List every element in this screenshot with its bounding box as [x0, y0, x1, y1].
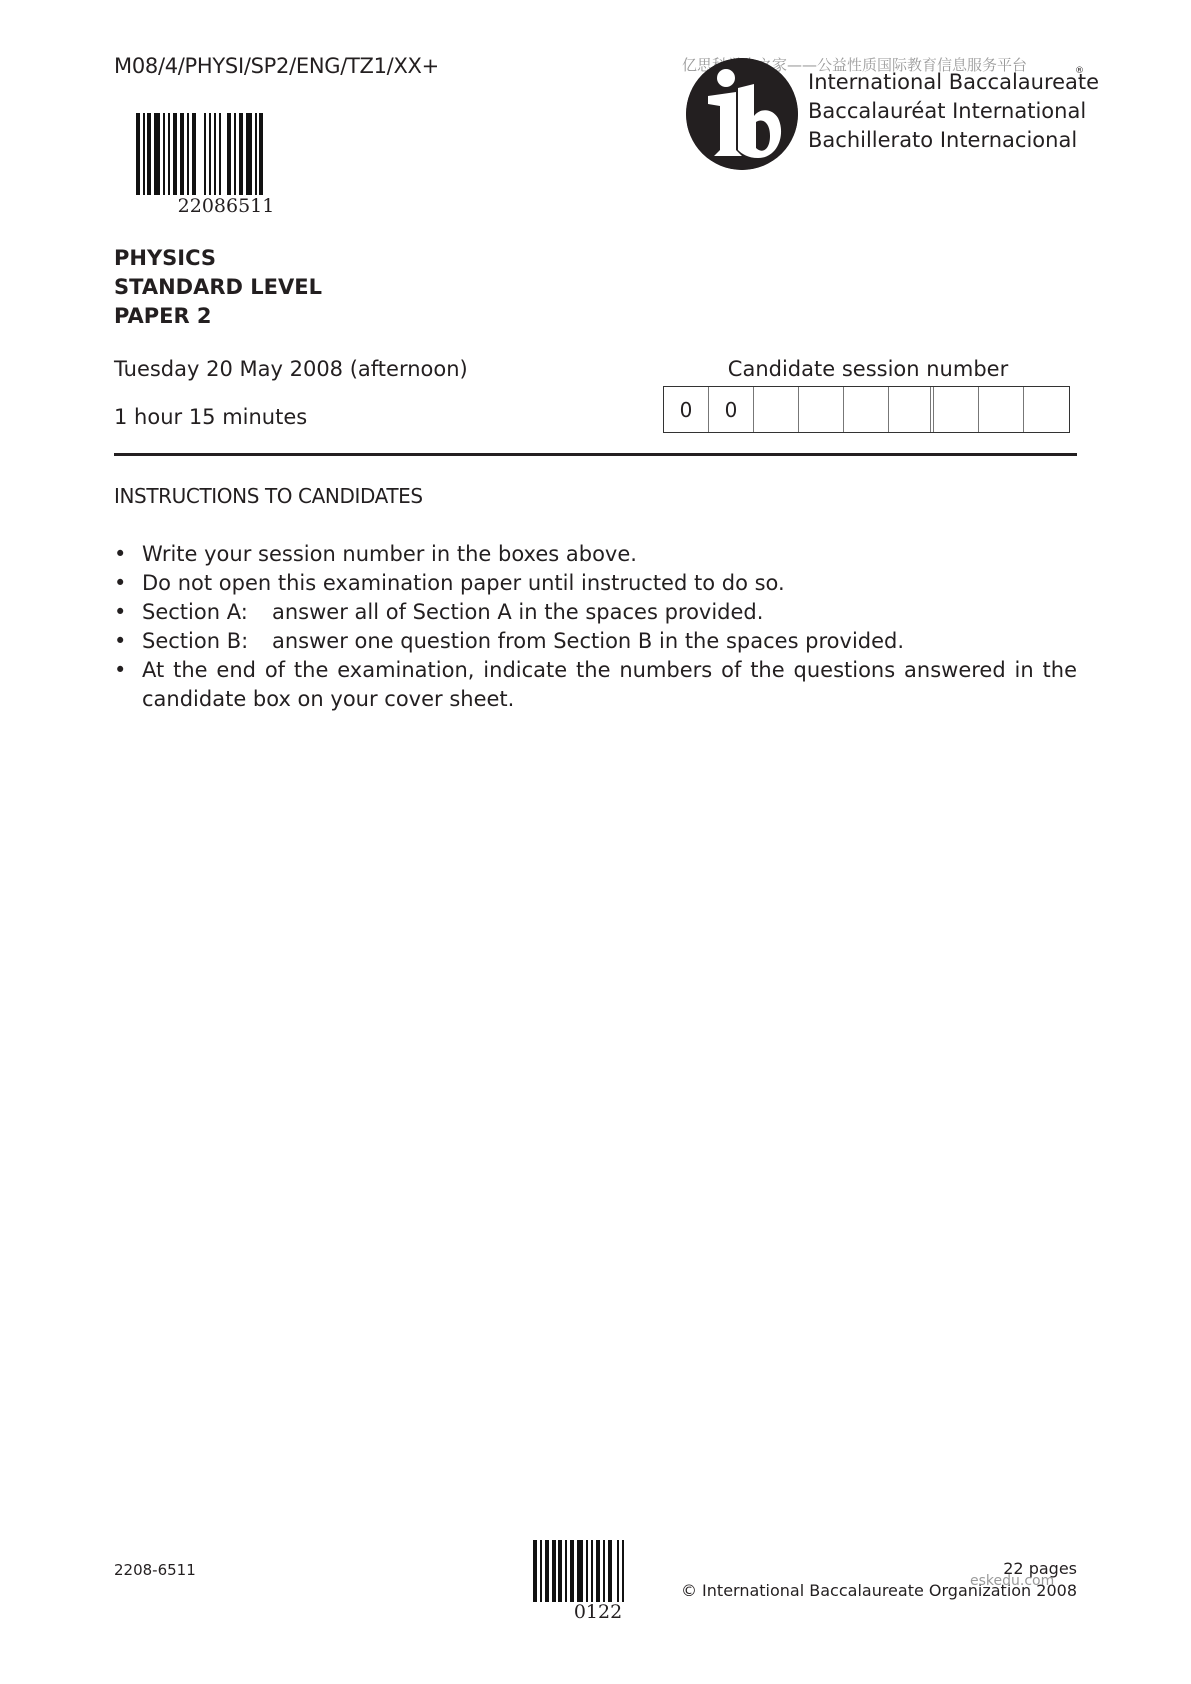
candidate-session-label: Candidate session number [660, 357, 1076, 381]
logo-line-en: International Baccalaureate [808, 68, 1099, 97]
bullet-icon: • [114, 656, 142, 714]
footer-code: 2208-6511 [114, 1561, 196, 1579]
exam-date: Tuesday 20 May 2008 (afternoon) [114, 357, 468, 381]
barcode-top-number: 22086511 [136, 195, 316, 217]
instruction-item: • Do not open this examination paper unt… [114, 569, 1077, 598]
logo-line-es: Bachillerato Internacional [808, 126, 1099, 155]
bullet-icon: • [114, 627, 142, 656]
section-text: answer one question from Section B in th… [272, 629, 904, 653]
instruction-text: Write your session number in the boxes a… [142, 540, 1077, 569]
subject-paper: PAPER 2 [114, 302, 322, 331]
bullet-icon: • [114, 540, 142, 569]
session-digit-box[interactable] [844, 387, 889, 432]
paper-code: M08/4/PHYSI/SP2/ENG/TZ1/XX+ [114, 54, 439, 78]
session-digit-box[interactable] [799, 387, 844, 432]
ib-logo-icon [686, 58, 798, 170]
instructions-heading: INSTRUCTIONS TO CANDIDATES [114, 484, 423, 508]
candidate-session-boxes: 0 0 [663, 386, 1070, 433]
session-digit-box[interactable] [1024, 387, 1069, 432]
subject-title: PHYSICS STANDARD LEVEL PAPER 2 [114, 244, 322, 331]
instruction-text: At the end of the examination, indicate … [142, 656, 1077, 714]
session-digit-box[interactable] [889, 387, 934, 432]
session-digit-box[interactable]: 0 [664, 387, 709, 432]
session-digit-box[interactable] [934, 387, 979, 432]
instruction-item: • Section B:answer one question from Sec… [114, 627, 1077, 656]
registered-mark-icon: ® [1075, 66, 1084, 76]
ib-logo-text: International Baccalaureate Baccalauréat… [808, 68, 1099, 155]
session-digit-box[interactable]: 0 [709, 387, 754, 432]
logo-line-fr: Baccalauréat International [808, 97, 1099, 126]
session-digit-box[interactable] [979, 387, 1024, 432]
subject-name: PHYSICS [114, 244, 322, 273]
barcode-top [136, 113, 263, 195]
instruction-item: • Write your session number in the boxes… [114, 540, 1077, 569]
bullet-icon: • [114, 598, 142, 627]
subject-level: STANDARD LEVEL [114, 273, 322, 302]
instructions-list: • Write your session number in the boxes… [114, 540, 1077, 714]
section-label: Section A: [142, 598, 272, 627]
section-text: answer all of Section A in the spaces pr… [272, 600, 763, 624]
instruction-item: • At the end of the examination, indicat… [114, 656, 1077, 714]
session-digit-box[interactable] [754, 387, 799, 432]
instruction-text: Section B:answer one question from Secti… [142, 627, 1077, 656]
watermark-bottom: eskedu.com [970, 1573, 1054, 1589]
exam-duration: 1 hour 15 minutes [114, 405, 307, 429]
barcode-bottom-number: 0122 [533, 1601, 663, 1623]
section-label: Section B: [142, 627, 272, 656]
instruction-text: Do not open this examination paper until… [142, 569, 1077, 598]
instruction-item: • Section A:answer all of Section A in t… [114, 598, 1077, 627]
instruction-text: Section A:answer all of Section A in the… [142, 598, 1077, 627]
divider-rule [114, 453, 1077, 456]
bullet-icon: • [114, 569, 142, 598]
